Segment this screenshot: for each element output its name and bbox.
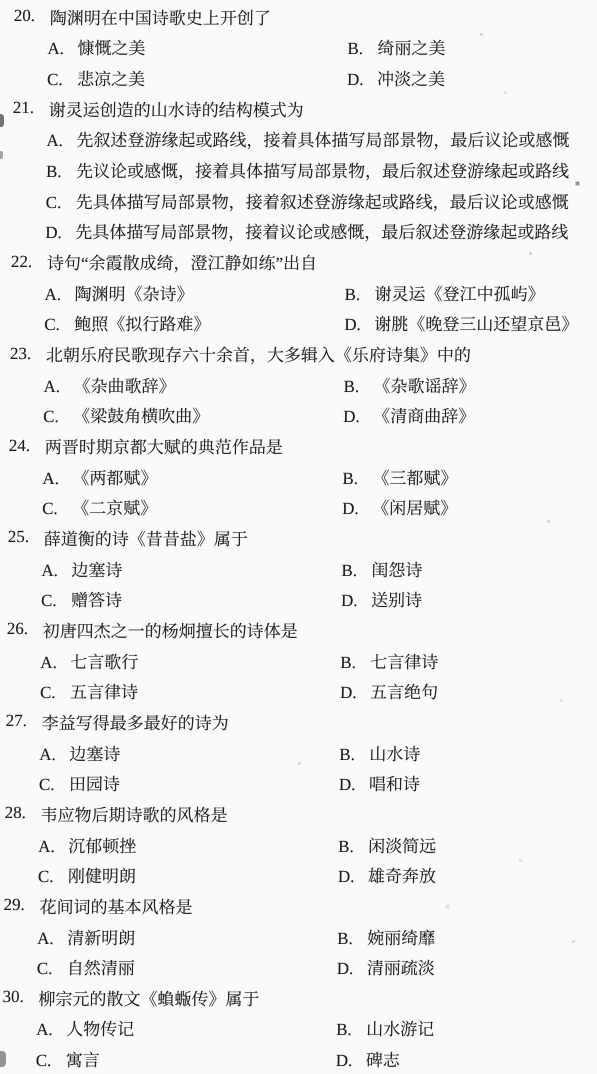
option-cell-left: A.《杂曲歌辞》 (43, 372, 343, 397)
question-title: 23.北朝乐府民歌现存六十余首，大多辑入《乐府诗集》中的 (0, 338, 593, 369)
option-cell-left: C.《梁鼓角横吹曲》 (43, 402, 343, 427)
option-b: B.先议论或感慨，接着具体描写局部景物，最后叙述登游缘起或路线 (46, 157, 569, 182)
question-title: 28.韦应物后期诗歌的风格是 (0, 798, 588, 829)
option-row: C.田园诗D.唱和诗 (0, 767, 588, 798)
option-label: B. (340, 653, 370, 673)
option-cell-left: A.慷慨之美 (47, 34, 347, 59)
question-title: 22.诗句“余霞散成绮，澄江静如练”出自 (0, 246, 594, 277)
option-label: B. (46, 162, 76, 182)
option-label: D. (336, 1051, 366, 1071)
option-row: C.鲍照《拟行路难》D.谢朓《晚登三山还望京邑》 (0, 308, 593, 339)
option-text: 《杂曲歌辞》 (73, 372, 175, 397)
question-title: 30.柳宗元的散文《蝜蝂传》属于 (0, 982, 586, 1013)
question-20: 20.陶渊明在中国诗歌史上开创了A.慷慨之美B.绮丽之美C.悲凉之美D.冲淡之美 (0, 1, 597, 93)
option-text: 碑志 (366, 1046, 400, 1071)
option-label: B. (339, 745, 369, 765)
option-row: C.赠答诗D.送别诗 (0, 583, 590, 614)
option-d: D.雄奇奔放 (338, 862, 436, 887)
option-c: C.五言律诗 (40, 678, 340, 703)
option-d: D.唱和诗 (339, 770, 420, 795)
option-text: 五言律诗 (70, 678, 138, 703)
option-row: C.悲凉之美D.冲淡之美 (0, 62, 596, 93)
option-text: 婉丽绮靡 (367, 924, 435, 949)
option-text: 寓言 (66, 1046, 100, 1071)
option-label: D. (45, 223, 75, 243)
option-a: A.沉郁顿挫 (38, 832, 338, 857)
option-a: A.《两都赋》 (42, 464, 342, 489)
option-text: 山水诗 (369, 740, 420, 765)
option-cell-left: C.《二京赋》 (42, 494, 342, 519)
option-text: 刚健明朗 (68, 862, 136, 887)
option-b: B.《杂歌谣辞》 (343, 372, 475, 397)
option-text: 先具体描写局部景物，接着叙述登游缘起或路线，最后议论或感慨 (76, 188, 569, 213)
option-label: B. (338, 837, 368, 857)
option-text: 闲淡简远 (368, 832, 436, 857)
option-label: D. (338, 867, 368, 887)
option-text: 先具体描写局部景物，接着议论或感慨，最后叙述登游缘起或路线 (75, 218, 568, 243)
option-row: C.五言律诗D.五言绝句 (0, 675, 589, 706)
option-row: B.先议论或感慨，接着具体描写局部景物，最后叙述登游缘起或路线 (0, 154, 595, 185)
option-text: 《二京赋》 (72, 494, 157, 519)
option-label: C. (44, 315, 74, 335)
option-d: D.送别诗 (341, 586, 422, 611)
option-c: C.《梁鼓角横吹曲》 (43, 402, 343, 427)
option-row: A.慷慨之美B.绮丽之美 (0, 32, 597, 63)
question-28: 28.韦应物后期诗歌的风格是A.沉郁顿挫B.闲淡简远C.刚健明朗D.雄奇奔放 (0, 798, 588, 890)
option-d: D.冲淡之美 (347, 65, 445, 90)
question-21: 21.谢灵运创造的山水诗的结构模式为A.先叙述登游缘起或路线，接着具体描写局部景… (0, 93, 596, 246)
option-a: A.慷慨之美 (47, 34, 347, 59)
option-label: C. (37, 959, 67, 979)
question-number: 25. (8, 527, 44, 547)
option-cell-left: C.自然清丽 (37, 954, 337, 979)
option-a: A.七言歌行 (40, 648, 340, 673)
option-text: 陶渊明《杂诗》 (74, 280, 193, 305)
option-label: C. (46, 193, 76, 213)
option-label: A. (38, 837, 68, 857)
option-cell-left: A.人物传记 (36, 1015, 336, 1040)
question-title: 25.薛道衡的诗《昔昔盐》属于 (0, 522, 591, 553)
option-c: C.悲凉之美 (47, 65, 347, 90)
option-text: 慷慨之美 (77, 34, 145, 59)
option-b: B.绮丽之美 (347, 34, 445, 59)
option-label: C. (38, 867, 68, 887)
option-text: 自然清丽 (67, 954, 135, 979)
option-b: B.山水诗 (339, 740, 420, 765)
option-label: B. (336, 1020, 366, 1040)
option-label: C. (47, 70, 77, 90)
option-label: D. (337, 959, 367, 979)
option-text: 唱和诗 (369, 770, 420, 795)
option-text: 《闲居赋》 (372, 494, 457, 519)
question-text: 谢灵运创造的山水诗的结构模式为 (49, 96, 304, 121)
option-text: 七言律诗 (370, 648, 438, 673)
option-text: 绮丽之美 (377, 34, 445, 59)
option-cell-left: C.五言律诗 (40, 678, 340, 703)
option-text: 《清商曲辞》 (373, 402, 475, 427)
option-label: D. (339, 775, 369, 795)
option-row: C.刚健明朗D.雄奇奔放 (0, 859, 587, 890)
option-d: D.先具体描写局部景物，接着议论或感慨，最后叙述登游缘起或路线 (45, 218, 568, 243)
question-title: 20.陶渊明在中国诗歌史上开创了 (0, 1, 597, 32)
question-24: 24.两晋时期京都大赋的典范作品是A.《两都赋》B.《三都赋》C.《二京赋》D.… (0, 430, 592, 522)
question-text: 花间词的基本风格是 (39, 893, 192, 918)
option-label: A. (46, 131, 76, 151)
question-number: 27. (6, 711, 42, 731)
question-text: 柳宗元的散文《蝜蝂传》属于 (38, 985, 259, 1010)
option-label: D. (344, 315, 374, 335)
option-c: C.《二京赋》 (42, 494, 342, 519)
option-cell-left: A.七言歌行 (40, 648, 340, 673)
question-29: 29.花间词的基本风格是A.清新明朗B.婉丽绮靡C.自然清丽D.清丽疏淡 (0, 890, 587, 982)
option-label: C. (40, 683, 70, 703)
option-label: C. (42, 499, 72, 519)
option-cell-left: A.清新明朗 (37, 924, 337, 949)
option-text: 田园诗 (69, 770, 120, 795)
option-label: A. (41, 561, 71, 581)
option-label: C. (43, 407, 73, 427)
option-text: 先叙述登游缘起或路线，接着具体描写局部景物，最后议论或感慨 (76, 126, 569, 151)
option-row: A.边塞诗B.山水诗 (0, 737, 589, 768)
option-label: D. (342, 499, 372, 519)
option-row: A.人物传记B.山水游记 (0, 1013, 585, 1044)
option-text: 《杂歌谣辞》 (373, 372, 475, 397)
option-d: D.《闲居赋》 (342, 494, 457, 519)
option-text: 人物传记 (66, 1015, 134, 1040)
option-text: 谢朓《晚登三山还望京邑》 (374, 310, 578, 335)
option-text: 《梁鼓角横吹曲》 (73, 402, 209, 427)
question-title: 21.谢灵运创造的山水诗的结构模式为 (0, 93, 596, 124)
option-d: D.清丽疏淡 (337, 954, 435, 979)
option-row: A.《两都赋》B.《三都赋》 (0, 461, 592, 492)
question-number: 23. (10, 344, 46, 364)
question-text: 两晋时期京都大赋的典范作品是 (45, 433, 283, 458)
option-c: C.寓言 (36, 1046, 336, 1071)
option-label: C. (39, 775, 69, 795)
option-a: A.边塞诗 (41, 556, 341, 581)
option-label: D. (347, 70, 377, 90)
option-a: A.先叙述登游缘起或路线，接着具体描写局部景物，最后议论或感慨 (46, 126, 569, 151)
option-cell-left: A.陶渊明《杂诗》 (44, 280, 344, 305)
option-label: A. (37, 929, 67, 949)
option-b: B.闺怨诗 (341, 556, 422, 581)
option-label: A. (44, 285, 74, 305)
option-label: B. (343, 377, 373, 397)
option-b: B.婉丽绮靡 (337, 924, 435, 949)
option-cell-left: C.鲍照《拟行路难》 (44, 310, 344, 335)
option-text: 送别诗 (371, 586, 422, 611)
question-text: 初唐四杰之一的杨炯擅长的诗体是 (43, 617, 298, 642)
option-d: D.谢朓《晚登三山还望京邑》 (344, 310, 578, 335)
question-text: 韦应物后期诗歌的风格是 (40, 801, 227, 826)
option-label: B. (342, 469, 372, 489)
question-text: 诗句“余霞散成绮，澄江静如练”出自 (47, 249, 317, 274)
option-c: C.自然清丽 (37, 954, 337, 979)
option-row: A.清新明朗B.婉丽绮靡 (0, 921, 586, 952)
option-row: A.陶渊明《杂诗》B.谢灵运《登江中孤屿》 (0, 277, 594, 308)
option-b: B.《三都赋》 (342, 464, 457, 489)
option-text: 边塞诗 (69, 740, 120, 765)
question-title: 24.两晋时期京都大赋的典范作品是 (0, 430, 592, 461)
question-number: 30. (2, 987, 38, 1007)
option-label: A. (39, 745, 69, 765)
option-label: A. (36, 1020, 66, 1040)
option-row: A.七言歌行B.七言律诗 (0, 645, 590, 676)
option-row: C.《二京赋》D.《闲居赋》 (0, 492, 591, 523)
option-label: A. (40, 653, 70, 673)
option-a: A.人物传记 (36, 1015, 336, 1040)
option-b: B.山水游记 (336, 1015, 434, 1040)
option-b: B.七言律诗 (340, 648, 438, 673)
option-d: D.五言绝句 (340, 678, 438, 703)
option-text: 《两都赋》 (72, 464, 157, 489)
option-b: B.闲淡简远 (338, 832, 436, 857)
option-c: C.鲍照《拟行路难》 (44, 310, 344, 335)
option-text: 赠答诗 (71, 586, 122, 611)
question-number: 24. (9, 436, 45, 456)
option-c: C.刚健明朗 (38, 862, 338, 887)
option-row: C.寓言D.碑志 (0, 1043, 585, 1074)
question-30: 30.柳宗元的散文《蝜蝂传》属于A.人物传记B.山水游记C.寓言D.碑志 (0, 982, 586, 1074)
question-number: 21. (13, 98, 49, 118)
option-text: 边塞诗 (71, 556, 122, 581)
option-text: 清丽疏淡 (367, 954, 435, 979)
option-row: A.沉郁顿挫B.闲淡简远 (0, 829, 587, 860)
option-text: 鲍照《拟行路难》 (74, 310, 210, 335)
option-text: 《三都赋》 (372, 464, 457, 489)
option-cell-left: C.田园诗 (39, 770, 339, 795)
question-25: 25.薛道衡的诗《昔昔盐》属于A.边塞诗B.闺怨诗C.赠答诗D.送别诗 (0, 522, 591, 614)
option-b: B.谢灵运《登江中孤屿》 (344, 280, 544, 305)
option-label: C. (36, 1051, 66, 1071)
option-label: B. (347, 39, 377, 59)
option-c: C.田园诗 (39, 770, 339, 795)
option-text: 清新明朗 (67, 924, 135, 949)
option-a: A.清新明朗 (37, 924, 337, 949)
option-cell-left: A.边塞诗 (41, 556, 341, 581)
option-row: A.边塞诗B.闺怨诗 (0, 553, 591, 584)
option-text: 五言绝句 (370, 678, 438, 703)
question-number: 20. (14, 6, 50, 26)
option-cell-left: A.沉郁顿挫 (38, 832, 338, 857)
question-text: 陶渊明在中国诗歌史上开创了 (50, 4, 271, 29)
option-text: 雄奇奔放 (368, 862, 436, 887)
scanned-exam-page: { "document": { "kind": "multiple-choice… (0, 0, 597, 1074)
option-text: 先议论或感慨，接着具体描写局部景物，最后叙述登游缘起或路线 (76, 157, 569, 182)
option-row: C.先具体描写局部景物，接着叙述登游缘起或路线，最后议论或感慨 (0, 185, 595, 216)
question-22: 22.诗句“余霞散成绮，澄江静如练”出自A.陶渊明《杂诗》B.谢灵运《登江中孤屿… (0, 246, 594, 338)
option-cell-left: A.边塞诗 (39, 740, 339, 765)
question-number: 26. (7, 619, 43, 639)
option-d: D.《清商曲辞》 (343, 402, 475, 427)
question-text: 李益写得最多最好的诗为 (42, 709, 229, 734)
question-26: 26.初唐四杰之一的杨炯擅长的诗体是A.七言歌行B.七言律诗C.五言律诗D.五言… (0, 614, 590, 706)
option-text: 山水游记 (366, 1015, 434, 1040)
option-cell-left: C.寓言 (36, 1046, 336, 1071)
question-text: 薛道衡的诗《昔昔盐》属于 (44, 525, 248, 550)
option-a: A.《杂曲歌辞》 (43, 372, 343, 397)
option-a: A.陶渊明《杂诗》 (44, 280, 344, 305)
option-row: C.自然清丽D.清丽疏淡 (0, 951, 586, 982)
option-text: 悲凉之美 (77, 65, 145, 90)
question-number: 22. (11, 252, 47, 272)
option-label: A. (42, 469, 72, 489)
exam-question-list: 20.陶渊明在中国诗歌史上开创了A.慷慨之美B.绮丽之美C.悲凉之美D.冲淡之美… (0, 0, 597, 1074)
option-cell-left: C.刚健明朗 (38, 862, 338, 887)
option-text: 谢灵运《登江中孤屿》 (374, 280, 544, 305)
option-label: B. (337, 929, 367, 949)
option-cell-left: A.《两都赋》 (42, 464, 342, 489)
option-cell-left: C.悲凉之美 (47, 65, 347, 90)
question-number: 28. (5, 803, 41, 823)
option-text: 沉郁顿挫 (68, 832, 136, 857)
option-label: B. (341, 561, 371, 581)
question-title: 29.花间词的基本风格是 (0, 890, 587, 921)
option-text: 冲淡之美 (377, 65, 445, 90)
option-label: C. (41, 591, 71, 611)
option-row: D.先具体描写局部景物，接着议论或感慨，最后叙述登游缘起或路线 (0, 216, 595, 247)
question-title: 26.初唐四杰之一的杨炯擅长的诗体是 (0, 614, 590, 645)
option-text: 七言歌行 (70, 648, 138, 673)
option-label: A. (47, 39, 77, 59)
option-label: D. (340, 683, 370, 703)
question-text: 北朝乐府民歌现存六十余首，大多辑入《乐府诗集》中的 (46, 341, 471, 366)
option-c: C.赠答诗 (41, 586, 341, 611)
option-label: A. (43, 377, 73, 397)
option-d: D.碑志 (336, 1046, 400, 1071)
option-row: C.《梁鼓角横吹曲》D.《清商曲辞》 (0, 400, 592, 431)
option-label: D. (343, 407, 373, 427)
option-label: D. (341, 591, 371, 611)
option-label: B. (344, 285, 374, 305)
question-23: 23.北朝乐府民歌现存六十余首，大多辑入《乐府诗集》中的A.《杂曲歌辞》B.《杂… (0, 338, 593, 430)
question-27: 27.李益写得最多最好的诗为A.边塞诗B.山水诗C.田园诗D.唱和诗 (0, 706, 589, 798)
option-row: A.《杂曲歌辞》B.《杂歌谣辞》 (0, 369, 593, 400)
option-row: A.先叙述登游缘起或路线，接着具体描写局部景物，最后议论或感慨 (0, 124, 596, 155)
question-title: 27.李益写得最多最好的诗为 (0, 706, 589, 737)
option-text: 闺怨诗 (371, 556, 422, 581)
option-cell-left: C.赠答诗 (41, 586, 341, 611)
option-c: C.先具体描写局部景物，接着叙述登游缘起或路线，最后议论或感慨 (46, 188, 569, 213)
option-a: A.边塞诗 (39, 740, 339, 765)
question-number: 29. (3, 895, 39, 915)
